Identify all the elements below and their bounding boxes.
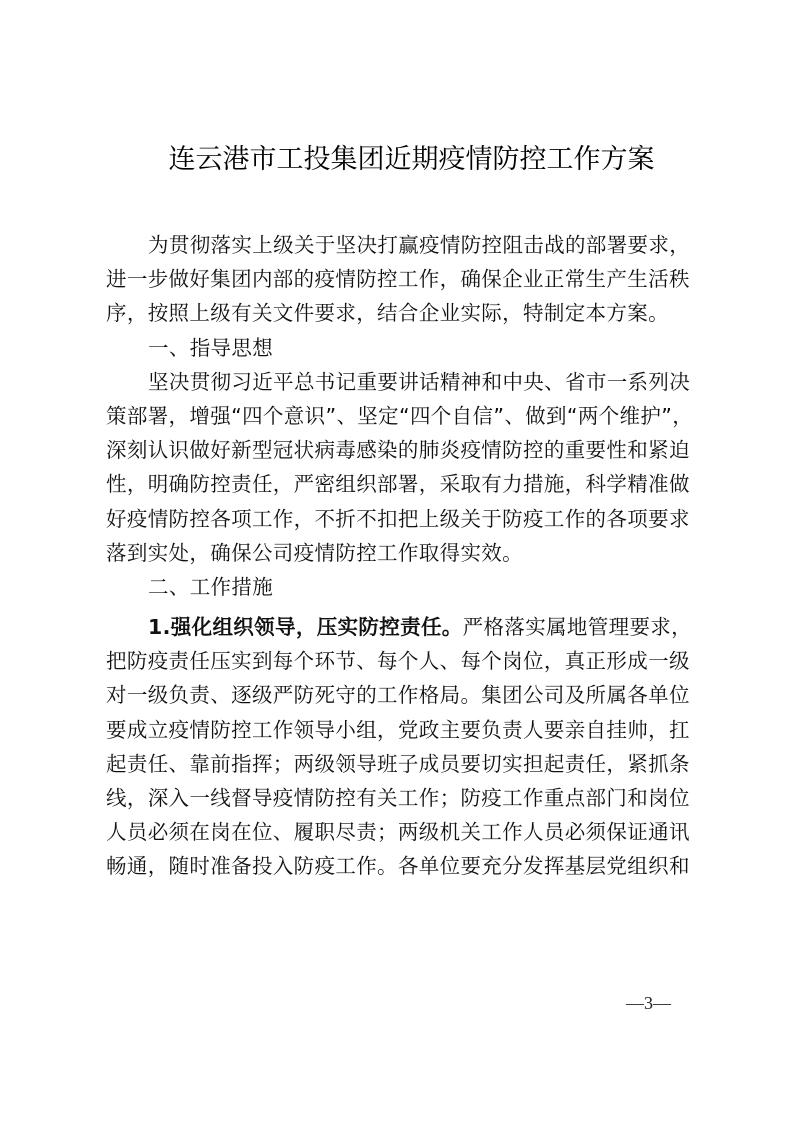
- measure-item-1-text: 严格落实属地管理要求，: [463, 615, 692, 639]
- intro-line: 序，按照上级有关文件要求，结合企业实际，特制定本方案。: [106, 296, 706, 330]
- paragraph-line: 要成立疫情防控工作领导小组，党政主要负责人要亲自挂帅，扛: [106, 713, 706, 747]
- paragraph-line: 坚决贯彻习近平总书记重要讲话精神和中央、省市一系列决: [106, 365, 706, 399]
- section-heading-guiding-ideology: 一、指导思想: [106, 331, 706, 365]
- intro-line: 为贯彻落实上级关于坚决打赢疫情防控阻击战的部署要求，: [106, 228, 706, 262]
- paragraph-line: 畅通，随时准备投入防疫工作。各单位要充分发挥基层党组织和: [106, 849, 706, 883]
- paragraph-line: 性，明确防控责任，严密组织部署，采取有力措施，科学精准做: [106, 467, 706, 501]
- measure-item-1-lead: 1.强化组织领导，压实防控责任。: [148, 615, 463, 639]
- document-title: 连云港市工投集团近期疫情防控工作方案: [0, 140, 793, 180]
- paragraph-line: 把防疫责任压实到每个环节、每个人、每个岗位，真正形成一级: [106, 644, 706, 678]
- paragraph-line: 好疫情防控各项工作，不折不扣把上级关于防疫工作的各项要求: [106, 502, 706, 536]
- paragraph-line: 策部署，增强“四个意识”、坚定“四个自信”、做到“两个维护”，: [106, 399, 706, 433]
- intro-paragraph: 为贯彻落实上级关于坚决打赢疫情防控阻击战的部署要求， 进一步做好集团内部的疫情防…: [106, 228, 706, 331]
- paragraph-line: 落到实处，确保公司疫情防控工作取得实效。: [106, 536, 706, 570]
- paragraph-line: 人员必须在岗在位、履职尽责；两级机关工作人员必须保证通讯: [106, 815, 706, 849]
- page-number: —3—: [626, 993, 671, 1014]
- paragraph-line: 对一级负责、逐级严防死守的工作格局。集团公司及所属各单位: [106, 678, 706, 712]
- measure-item-1-first-line: 1.强化组织领导，压实防控责任。严格落实属地管理要求，: [106, 610, 706, 644]
- document-body: 为贯彻落实上级关于坚决打赢疫情防控阻击战的部署要求， 进一步做好集团内部的疫情防…: [106, 228, 706, 884]
- section-heading-work-measures: 二、工作措施: [106, 570, 706, 604]
- document-page: 连云港市工投集团近期疫情防控工作方案 为贯彻落实上级关于坚决打赢疫情防控阻击战的…: [0, 0, 793, 1122]
- measure-item-1: 1.强化组织领导，压实防控责任。严格落实属地管理要求， 把防疫责任压实到每个环节…: [106, 610, 706, 884]
- intro-line: 进一步做好集团内部的疫情防控工作，确保企业正常生产生活秩: [106, 262, 706, 296]
- paragraph-line: 线，深入一线督导疫情防控有关工作；防疫工作重点部门和岗位: [106, 781, 706, 815]
- guiding-ideology-paragraph: 坚决贯彻习近平总书记重要讲话精神和中央、省市一系列决 策部署，增强“四个意识”、…: [106, 365, 706, 570]
- paragraph-line: 起责任、靠前指挥；两级领导班子成员要切实担起责任，紧抓条: [106, 747, 706, 781]
- paragraph-line: 深刻认识做好新型冠状病毒感染的肺炎疫情防控的重要性和紧迫: [106, 433, 706, 467]
